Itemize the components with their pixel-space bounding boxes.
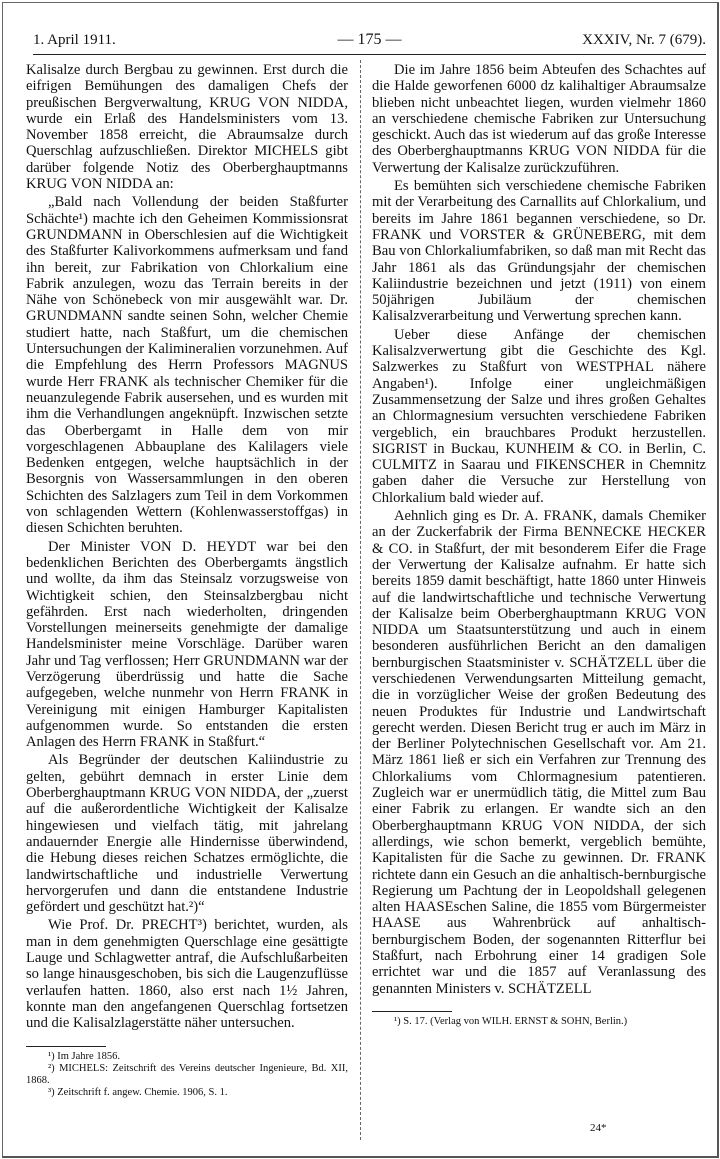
- running-header: 1. April 1911. — 175 — XXXIV, Nr. 7 (679…: [33, 32, 706, 52]
- volume-issue: XXXIV, Nr. 7 (679).: [582, 32, 706, 49]
- footnote-rule: [372, 1011, 452, 1012]
- paragraph: „Bald nach Vollendung der beiden Staßfur…: [26, 194, 348, 536]
- paragraph: Wie Prof. Dr. PRECHT³) berichtet, wurden…: [26, 917, 348, 1031]
- signature-mark: 24*: [590, 1122, 607, 1134]
- right-column: Die im Jahre 1856 beim Abteufen des Scha…: [372, 62, 706, 1028]
- column-divider: [360, 60, 361, 1140]
- footnote: ³) Zeitschrift f. angew. Chemie. 1906, S…: [26, 1087, 348, 1099]
- paragraph: Als Begründer der deutschen Kaliindustri…: [26, 752, 348, 915]
- paragraph: Kalisalze durch Bergbau zu gewinnen. Ers…: [26, 62, 348, 192]
- paragraph: Der Minister VON D. HEYDT war bei den be…: [26, 539, 348, 751]
- header-rule: [33, 54, 706, 55]
- left-column: Kalisalze durch Bergbau zu gewinnen. Ers…: [26, 62, 348, 1099]
- footnote: ²) MICHELS: Zeitschrift des Vereins deut…: [26, 1063, 348, 1087]
- footnote: ¹) Im Jahre 1856.: [26, 1051, 348, 1063]
- paragraph: Aehnlich ging es Dr. A. FRANK, damals Ch…: [372, 508, 706, 997]
- footnote-rule: [26, 1046, 106, 1047]
- footnote: ¹) S. 17. (Verlag von WILH. ERNST & SOHN…: [372, 1016, 706, 1028]
- paragraph: Es bemühten sich verschiedene chemische …: [372, 178, 706, 325]
- paragraph: Die im Jahre 1856 beim Abteufen des Scha…: [372, 62, 706, 176]
- paragraph: Ueber diese Anfänge der chemischen Kalis…: [372, 327, 706, 506]
